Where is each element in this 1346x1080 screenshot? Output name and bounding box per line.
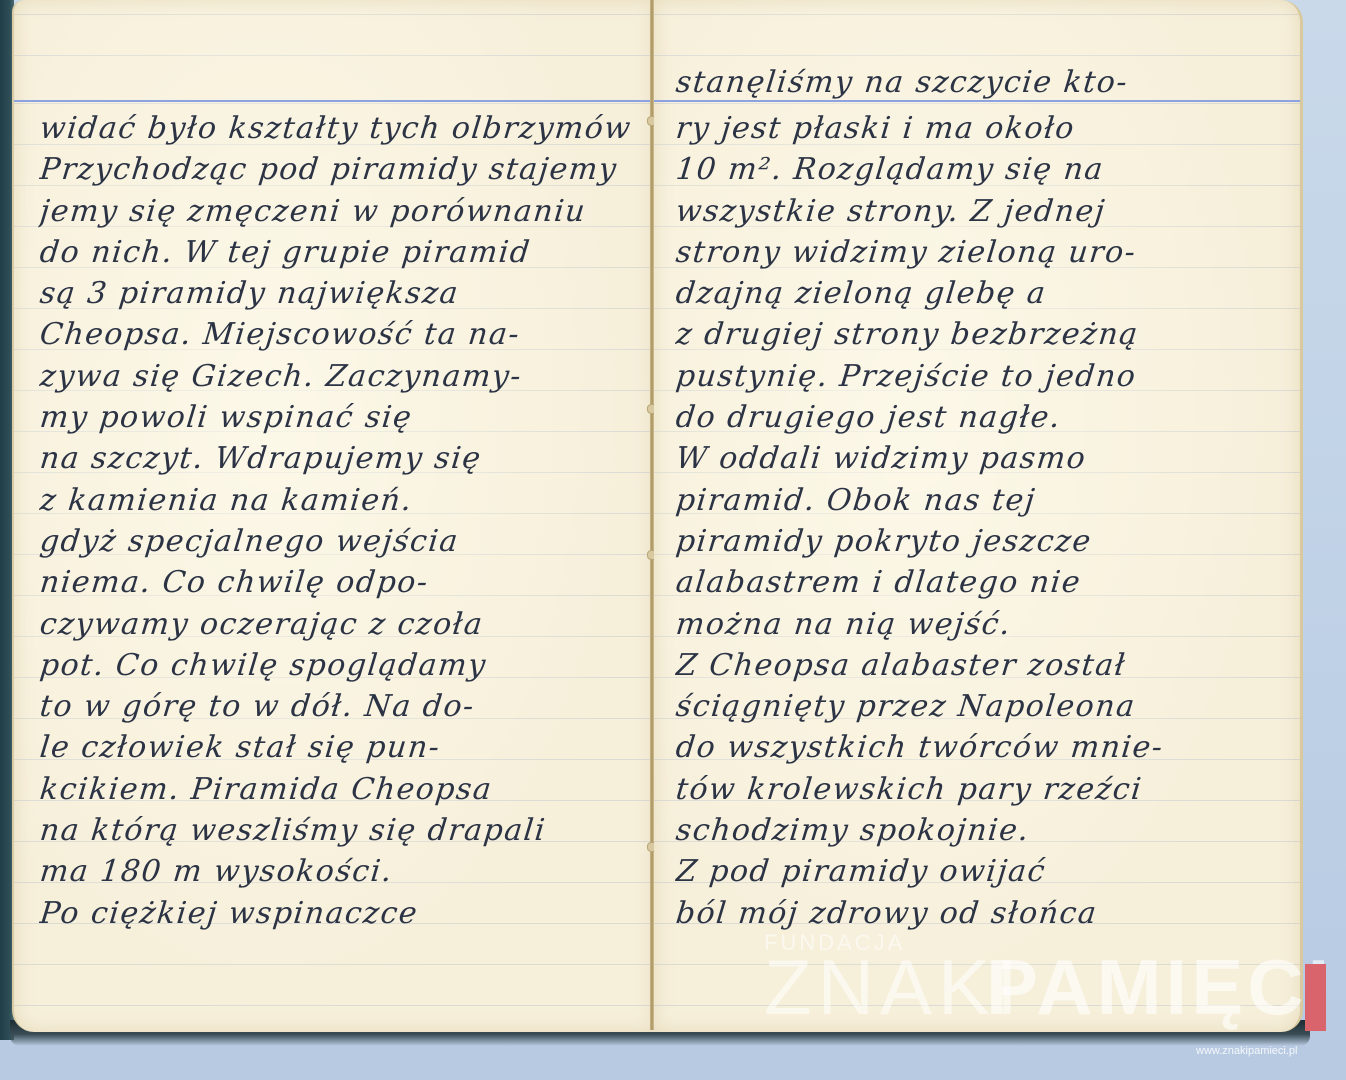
- left-page-text: widać było kształty tych olbrzymów Przyc…: [40, 108, 640, 934]
- handwritten-line: do drugiego jest nagłe.: [674, 397, 1288, 438]
- handwritten-line: z drugiej strony bezbrzeżną: [674, 314, 1288, 355]
- handwritten-line: zywa się Gizech. Zaczynamy-: [38, 356, 642, 397]
- handwritten-line: schodzimy spokojnie.: [674, 810, 1288, 851]
- handwritten-line: ma 180 m wysokości.: [38, 851, 642, 892]
- handwritten-line: piramidy pokryto jeszcze: [674, 521, 1288, 562]
- handwritten-line: ściągnięty przez Napoleona: [674, 686, 1288, 727]
- watermark-url: www.znakipamieci.pl: [1196, 1045, 1297, 1057]
- handwritten-line: my powoli wspinać się: [38, 397, 642, 438]
- handwritten-line: Z pod piramidy owijać: [674, 851, 1288, 892]
- handwritten-line: W oddali widzimy pasmo: [674, 438, 1288, 479]
- handwritten-line: Z Cheopsa alabaster został: [674, 645, 1288, 686]
- handwritten-line: niema. Co chwilę odpo-: [38, 562, 642, 603]
- header-rule: [14, 100, 654, 102]
- handwritten-line: dzajną zieloną glebę a: [674, 273, 1288, 314]
- handwritten-line: strony widzimy zieloną uro-: [674, 232, 1288, 273]
- right-page-text: stanęliśmy na szczycie kto- ry jest płas…: [676, 66, 1286, 934]
- handwritten-line: tów krolewskich pary rzeźci: [674, 769, 1288, 810]
- handwritten-line: pot. Co chwilę spoglądamy: [38, 645, 642, 686]
- handwritten-line: z kamienia na kamień.: [38, 480, 642, 521]
- handwritten-line: ból mój zdrowy od słońca: [674, 893, 1288, 934]
- handwritten-line: stanęliśmy na szczycie kto-: [674, 66, 1288, 100]
- left-page: widać było kształty tych olbrzymów Przyc…: [12, 0, 654, 1032]
- handwritten-line: Przychodząc pod piramidy stajemy: [38, 149, 642, 190]
- handwritten-line: alabastrem i dlatego nie: [674, 562, 1288, 603]
- handwritten-line: jemy się zmęczeni w porównaniu: [38, 191, 642, 232]
- handwritten-line: Po ciężkiej wspinaczce: [38, 893, 642, 934]
- handwritten-line: gdyż specjalnego wejścia: [38, 521, 642, 562]
- handwritten-line: 10 m². Rozglądamy się na: [674, 149, 1288, 190]
- handwritten-line: ry jest płaski i ma około: [674, 108, 1288, 149]
- handwritten-line: to w górę to w dół. Na do-: [38, 686, 642, 727]
- watermark-accent-bar: [1305, 964, 1326, 1031]
- handwritten-line: do nich. W tej grupie piramid: [38, 232, 642, 273]
- handwritten-line: widać było kształty tych olbrzymów: [38, 108, 642, 149]
- handwritten-line: można na nią wejść.: [674, 604, 1288, 645]
- right-page: stanęliśmy na szczycie kto- ry jest płas…: [654, 0, 1303, 1032]
- handwritten-line: kcikiem. Piramida Cheopsa: [38, 769, 642, 810]
- notebook-spread: widać było kształty tych olbrzymów Przyc…: [0, 0, 1346, 1080]
- handwritten-line: Cheopsa. Miejscowość ta na-: [38, 314, 642, 355]
- handwritten-line: pustynię. Przejście to jedno: [674, 356, 1288, 397]
- handwritten-line: są 3 piramidy największa: [38, 273, 642, 314]
- handwritten-line: do wszystkich twórców mnie-: [674, 727, 1288, 768]
- handwritten-line: na którą weszliśmy się drapali: [38, 810, 642, 851]
- handwritten-line: piramid. Obok nas tej: [674, 480, 1288, 521]
- handwritten-line: na szczyt. Wdrapujemy się: [38, 438, 642, 479]
- handwritten-line: wszystkie strony. Z jednej: [674, 191, 1288, 232]
- handwritten-line: czywamy oczerając z czoła: [38, 604, 642, 645]
- handwritten-line: le człowiek stał się pun-: [38, 727, 642, 768]
